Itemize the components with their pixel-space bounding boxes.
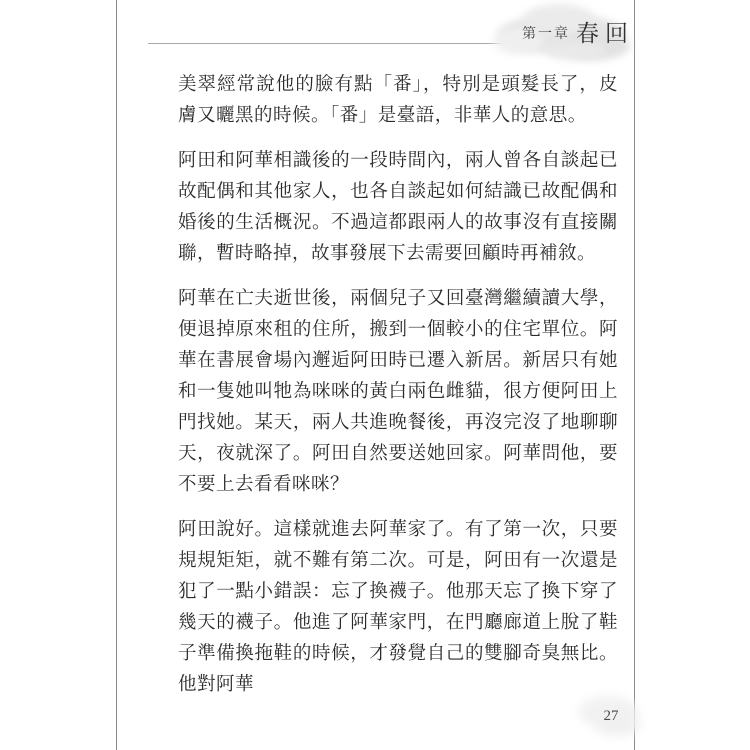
book-page: 第一章 春回 美翠經常說他的臉有點「番」，特別是頭髮長了，皮膚又曬黑的時候。「番…: [0, 0, 750, 750]
running-head-rule: [148, 43, 508, 44]
paragraph: 美翠經常說他的臉有點「番」，特別是頭髮長了，皮膚又曬黑的時候。「番」是臺語，非華…: [178, 70, 618, 132]
chapter-title: 春回: [576, 15, 634, 48]
page-edge-line-left: [116, 0, 117, 750]
running-head: 第一章 春回: [470, 0, 638, 62]
paragraph: 阿田說好。這樣就進去阿華家了。有了第一次，只要規規矩矩，就不難有第二次。可是，阿…: [178, 515, 618, 701]
page-edge-line-right: [634, 0, 635, 750]
body-text-block: 美翠經常說他的臉有點「番」，特別是頭髮長了，皮膚又曬黑的時候。「番」是臺語，非華…: [178, 70, 618, 715]
page-number: 27: [596, 708, 626, 725]
chapter-number-label: 第一章: [522, 23, 570, 43]
paragraph: 阿華在亡夫逝世後，兩個兒子又回臺灣繼續讀大學，便退掉原來租的住所，搬到一個較小的…: [178, 284, 618, 501]
paragraph: 阿田和阿華相識後的一段時間內，兩人曾各自談起已故配偶和其他家人，也各自談起如何結…: [178, 146, 618, 270]
